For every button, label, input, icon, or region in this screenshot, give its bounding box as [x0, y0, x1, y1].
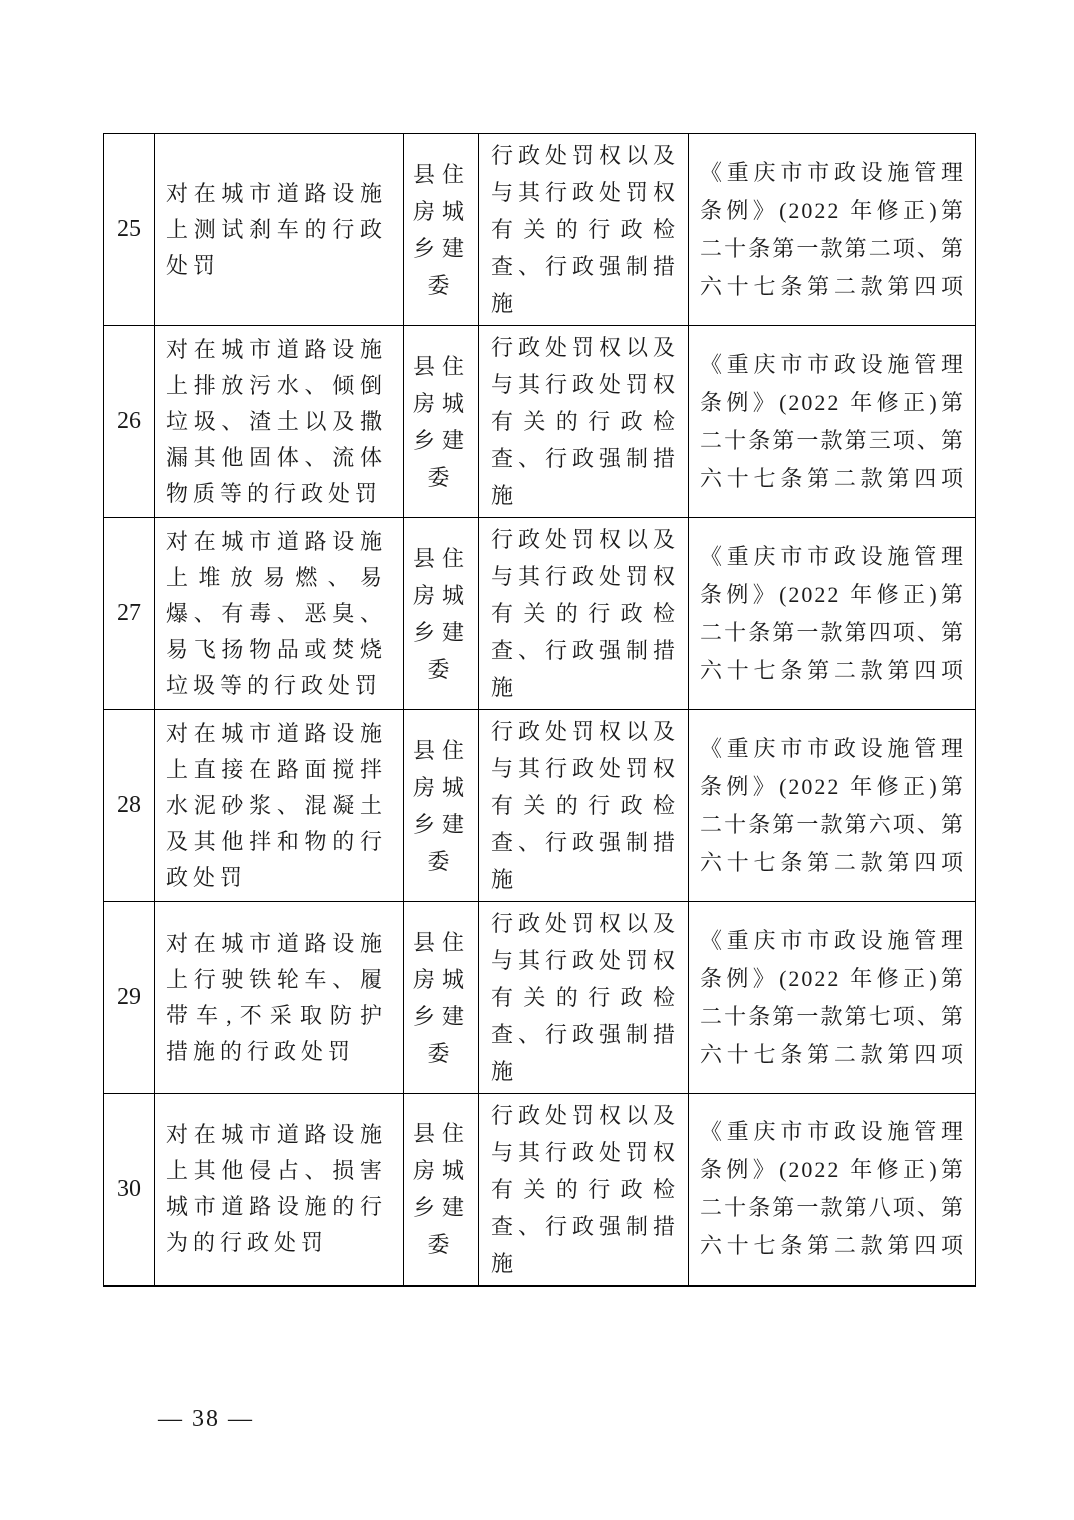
matter-text: 对在城市道路设施上堆放易燃、易爆、有毒、恶臭、易飞扬物品或焚烧垃圾等的行政处罚 [155, 524, 403, 704]
row-index-cell: 28 [104, 710, 155, 902]
agency-cell: 县住房城乡建委 [404, 1094, 479, 1286]
agency-cell: 县住房城乡建委 [404, 326, 479, 518]
powers-text: 行政处罚权以及 与其行政处罚权 有关的行政检 查、行政强制措 施 [479, 521, 688, 706]
powers-cell: 行政处罚权以及 与其行政处罚权 有关的行政检 查、行政强制措 施 [479, 902, 689, 1094]
document-page: 25 对在城市道路设施上测试刹车的行政处罚 县住房城乡建委 行政处罚权以及 与其… [0, 0, 1074, 1520]
powers-text: 行政处罚权以及 与其行政处罚权 有关的行政检 查、行政强制措 施 [479, 713, 688, 898]
matter-text: 对在城市道路设施上测试刹车的行政处罚 [155, 176, 403, 284]
matter-cell: 对在城市道路设施上其他侵占、损害城市道路设施的行为的行政处罚 [155, 1094, 404, 1286]
legal-basis-cell: 《重庆市市政设施管理 条例》(2022 年修正)第 二十条第一款第四项、第 六十… [689, 518, 976, 710]
table-row: 30 对在城市道路设施上其他侵占、损害城市道路设施的行为的行政处罚 县住房城乡建… [104, 1094, 976, 1286]
penalty-table: 25 对在城市道路设施上测试刹车的行政处罚 县住房城乡建委 行政处罚权以及 与其… [103, 133, 976, 1287]
agency-cell: 县住房城乡建委 [404, 518, 479, 710]
matter-text: 对在城市道路设施上直接在路面搅拌水泥砂浆、混凝土及其他拌和物的行政处罚 [155, 716, 403, 896]
matter-text: 对在城市道路设施上排放污水、倾倒垃圾、渣土以及撒漏其他固体、流体物质等的行政处罚 [155, 332, 403, 512]
powers-text: 行政处罚权以及 与其行政处罚权 有关的行政检 查、行政强制措 施 [479, 329, 688, 514]
table-row: 28 对在城市道路设施上直接在路面搅拌水泥砂浆、混凝土及其他拌和物的行政处罚 县… [104, 710, 976, 902]
row-index-cell: 26 [104, 326, 155, 518]
legal-basis-text: 《重庆市市政设施管理 条例》(2022 年修正)第 二十条第一款第二项、第 六十… [689, 154, 975, 306]
matter-text: 对在城市道路设施上行驶铁轮车、履带车,不采取防护措施的行政处罚 [155, 926, 403, 1070]
powers-text: 行政处罚权以及 与其行政处罚权 有关的行政检 查、行政强制措 施 [479, 137, 688, 322]
agency-text: 县住房城乡建委 [413, 156, 469, 304]
powers-text: 行政处罚权以及 与其行政处罚权 有关的行政检 查、行政强制措 施 [479, 905, 688, 1090]
row-index-cell: 30 [104, 1094, 155, 1286]
legal-basis-cell: 《重庆市市政设施管理 条例》(2022 年修正)第 二十条第一款第六项、第 六十… [689, 710, 976, 902]
legal-basis-text: 《重庆市市政设施管理 条例》(2022 年修正)第 二十条第一款第六项、第 六十… [689, 730, 975, 882]
legal-basis-text: 《重庆市市政设施管理 条例》(2022 年修正)第 二十条第一款第四项、第 六十… [689, 538, 975, 690]
matter-cell: 对在城市道路设施上行驶铁轮车、履带车,不采取防护措施的行政处罚 [155, 902, 404, 1094]
agency-cell: 县住房城乡建委 [404, 134, 479, 326]
agency-text: 县住房城乡建委 [413, 924, 469, 1072]
agency-cell: 县住房城乡建委 [404, 710, 479, 902]
powers-text: 行政处罚权以及 与其行政处罚权 有关的行政检 查、行政强制措 施 [479, 1097, 688, 1282]
table-row: 27 对在城市道路设施上堆放易燃、易爆、有毒、恶臭、易飞扬物品或焚烧垃圾等的行政… [104, 518, 976, 710]
legal-basis-text: 《重庆市市政设施管理 条例》(2022 年修正)第 二十条第一款第七项、第 六十… [689, 922, 975, 1074]
table-row: 29 对在城市道路设施上行驶铁轮车、履带车,不采取防护措施的行政处罚 县住房城乡… [104, 902, 976, 1094]
legal-basis-cell: 《重庆市市政设施管理 条例》(2022 年修正)第 二十条第一款第七项、第 六十… [689, 902, 976, 1094]
matter-text: 对在城市道路设施上其他侵占、损害城市道路设施的行为的行政处罚 [155, 1117, 403, 1261]
powers-cell: 行政处罚权以及 与其行政处罚权 有关的行政检 查、行政强制措 施 [479, 326, 689, 518]
legal-basis-text: 《重庆市市政设施管理 条例》(2022 年修正)第 二十条第一款第八项、第 六十… [689, 1113, 975, 1265]
powers-cell: 行政处罚权以及 与其行政处罚权 有关的行政检 查、行政强制措 施 [479, 710, 689, 902]
powers-cell: 行政处罚权以及 与其行政处罚权 有关的行政检 查、行政强制措 施 [479, 1094, 689, 1286]
row-index-cell: 25 [104, 134, 155, 326]
agency-text: 县住房城乡建委 [413, 1115, 469, 1263]
legal-basis-text: 《重庆市市政设施管理 条例》(2022 年修正)第 二十条第一款第三项、第 六十… [689, 346, 975, 498]
matter-cell: 对在城市道路设施上堆放易燃、易爆、有毒、恶臭、易飞扬物品或焚烧垃圾等的行政处罚 [155, 518, 404, 710]
legal-basis-cell: 《重庆市市政设施管理 条例》(2022 年修正)第 二十条第一款第二项、第 六十… [689, 134, 976, 326]
matter-cell: 对在城市道路设施上排放污水、倾倒垃圾、渣土以及撒漏其他固体、流体物质等的行政处罚 [155, 326, 404, 518]
agency-text: 县住房城乡建委 [413, 732, 469, 880]
agency-text: 县住房城乡建委 [413, 540, 469, 688]
row-index-cell: 27 [104, 518, 155, 710]
matter-cell: 对在城市道路设施上直接在路面搅拌水泥砂浆、混凝土及其他拌和物的行政处罚 [155, 710, 404, 902]
table-row: 25 对在城市道路设施上测试刹车的行政处罚 县住房城乡建委 行政处罚权以及 与其… [104, 134, 976, 326]
agency-text: 县住房城乡建委 [413, 348, 469, 496]
row-index-cell: 29 [104, 902, 155, 1094]
powers-cell: 行政处罚权以及 与其行政处罚权 有关的行政检 查、行政强制措 施 [479, 134, 689, 326]
table-row: 26 对在城市道路设施上排放污水、倾倒垃圾、渣土以及撒漏其他固体、流体物质等的行… [104, 326, 976, 518]
legal-basis-cell: 《重庆市市政设施管理 条例》(2022 年修正)第 二十条第一款第三项、第 六十… [689, 326, 976, 518]
agency-cell: 县住房城乡建委 [404, 902, 479, 1094]
page-number: — 38 — [158, 1406, 254, 1433]
matter-cell: 对在城市道路设施上测试刹车的行政处罚 [155, 134, 404, 326]
legal-basis-cell: 《重庆市市政设施管理 条例》(2022 年修正)第 二十条第一款第八项、第 六十… [689, 1094, 976, 1286]
powers-cell: 行政处罚权以及 与其行政处罚权 有关的行政检 查、行政强制措 施 [479, 518, 689, 710]
